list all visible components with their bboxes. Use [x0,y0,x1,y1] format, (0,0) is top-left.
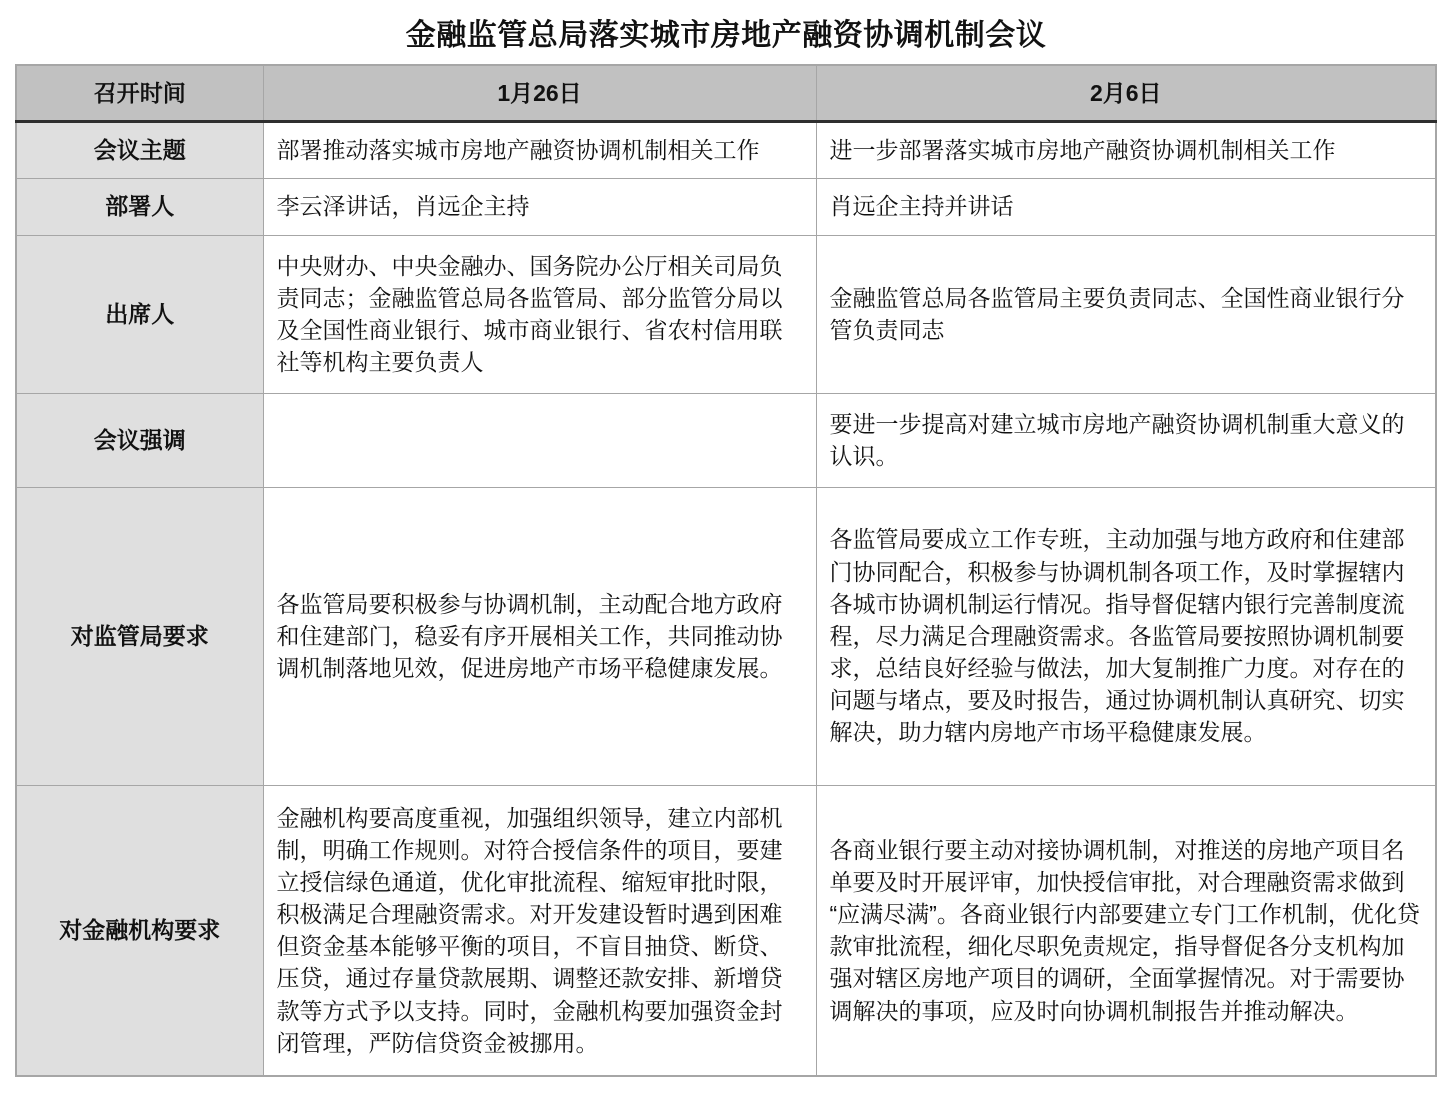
header-cell-time-label: 召开时间 [16,65,263,121]
row-label: 出席人 [16,235,263,393]
table-row: 会议强调要进一步提高对建立城市房地产融资协调机制重大意义的认识。 [16,393,1436,487]
row-label: 会议主题 [16,121,263,178]
cell-feb6: 金融监管总局各监管局主要负责同志、全国性商业银行分管负责同志 [816,235,1436,393]
row-label: 对监管局要求 [16,487,263,785]
table-row: 对监管局要求各监管局要积极参与协调机制，主动配合地方政府和住建部门，稳妥有序开展… [16,487,1436,785]
meeting-table: 召开时间 1月26日 2月6日 会议主题部署推动落实城市房地产融资协调机制相关工… [15,64,1437,1077]
table-row: 对金融机构要求金融机构要高度重视，加强组织领导，建立内部机制，明确工作规则。对符… [16,785,1436,1076]
page-title: 金融监管总局落实城市房地产融资协调机制会议 [0,0,1452,64]
cell-feb6: 要进一步提高对建立城市房地产融资协调机制重大意义的认识。 [816,393,1436,487]
table-body: 会议主题部署推动落实城市房地产融资协调机制相关工作进一步部署落实城市房地产融资协… [16,121,1436,1076]
header-cell-jan26: 1月26日 [263,65,816,121]
row-label: 部署人 [16,178,263,235]
cell-feb6: 肖远企主持并讲话 [816,178,1436,235]
table-row: 会议主题部署推动落实城市房地产融资协调机制相关工作进一步部署落实城市房地产融资协… [16,121,1436,178]
row-label: 对金融机构要求 [16,785,263,1076]
cell-feb6: 各监管局要成立工作专班，主动加强与地方政府和住建部门协同配合，积极参与协调机制各… [816,487,1436,785]
cell-jan26: 李云泽讲话，肖远企主持 [263,178,816,235]
cell-jan26: 中央财办、中央金融办、国务院办公厅相关司局负责同志；金融监管总局各监管局、部分监… [263,235,816,393]
cell-jan26: 各监管局要积极参与协调机制，主动配合地方政府和住建部门，稳妥有序开展相关工作，共… [263,487,816,785]
cell-jan26: 金融机构要高度重视，加强组织领导，建立内部机制，明确工作规则。对符合授信条件的项… [263,785,816,1076]
table-row: 部署人李云泽讲话，肖远企主持肖远企主持并讲话 [16,178,1436,235]
cell-jan26 [263,393,816,487]
row-label: 会议强调 [16,393,263,487]
cell-feb6: 进一步部署落实城市房地产融资协调机制相关工作 [816,121,1436,178]
cell-jan26: 部署推动落实城市房地产融资协调机制相关工作 [263,121,816,178]
page: 金融监管总局落实城市房地产融资协调机制会议 召开时间 1月26日 2月6日 会议… [0,0,1452,1098]
header-cell-feb6: 2月6日 [816,65,1436,121]
cell-feb6: 各商业银行要主动对接协调机制，对推送的房地产项目名单要及时开展评审，加快授信审批… [816,785,1436,1076]
header-row: 召开时间 1月26日 2月6日 [16,65,1436,121]
table-row: 出席人中央财办、中央金融办、国务院办公厅相关司局负责同志；金融监管总局各监管局、… [16,235,1436,393]
